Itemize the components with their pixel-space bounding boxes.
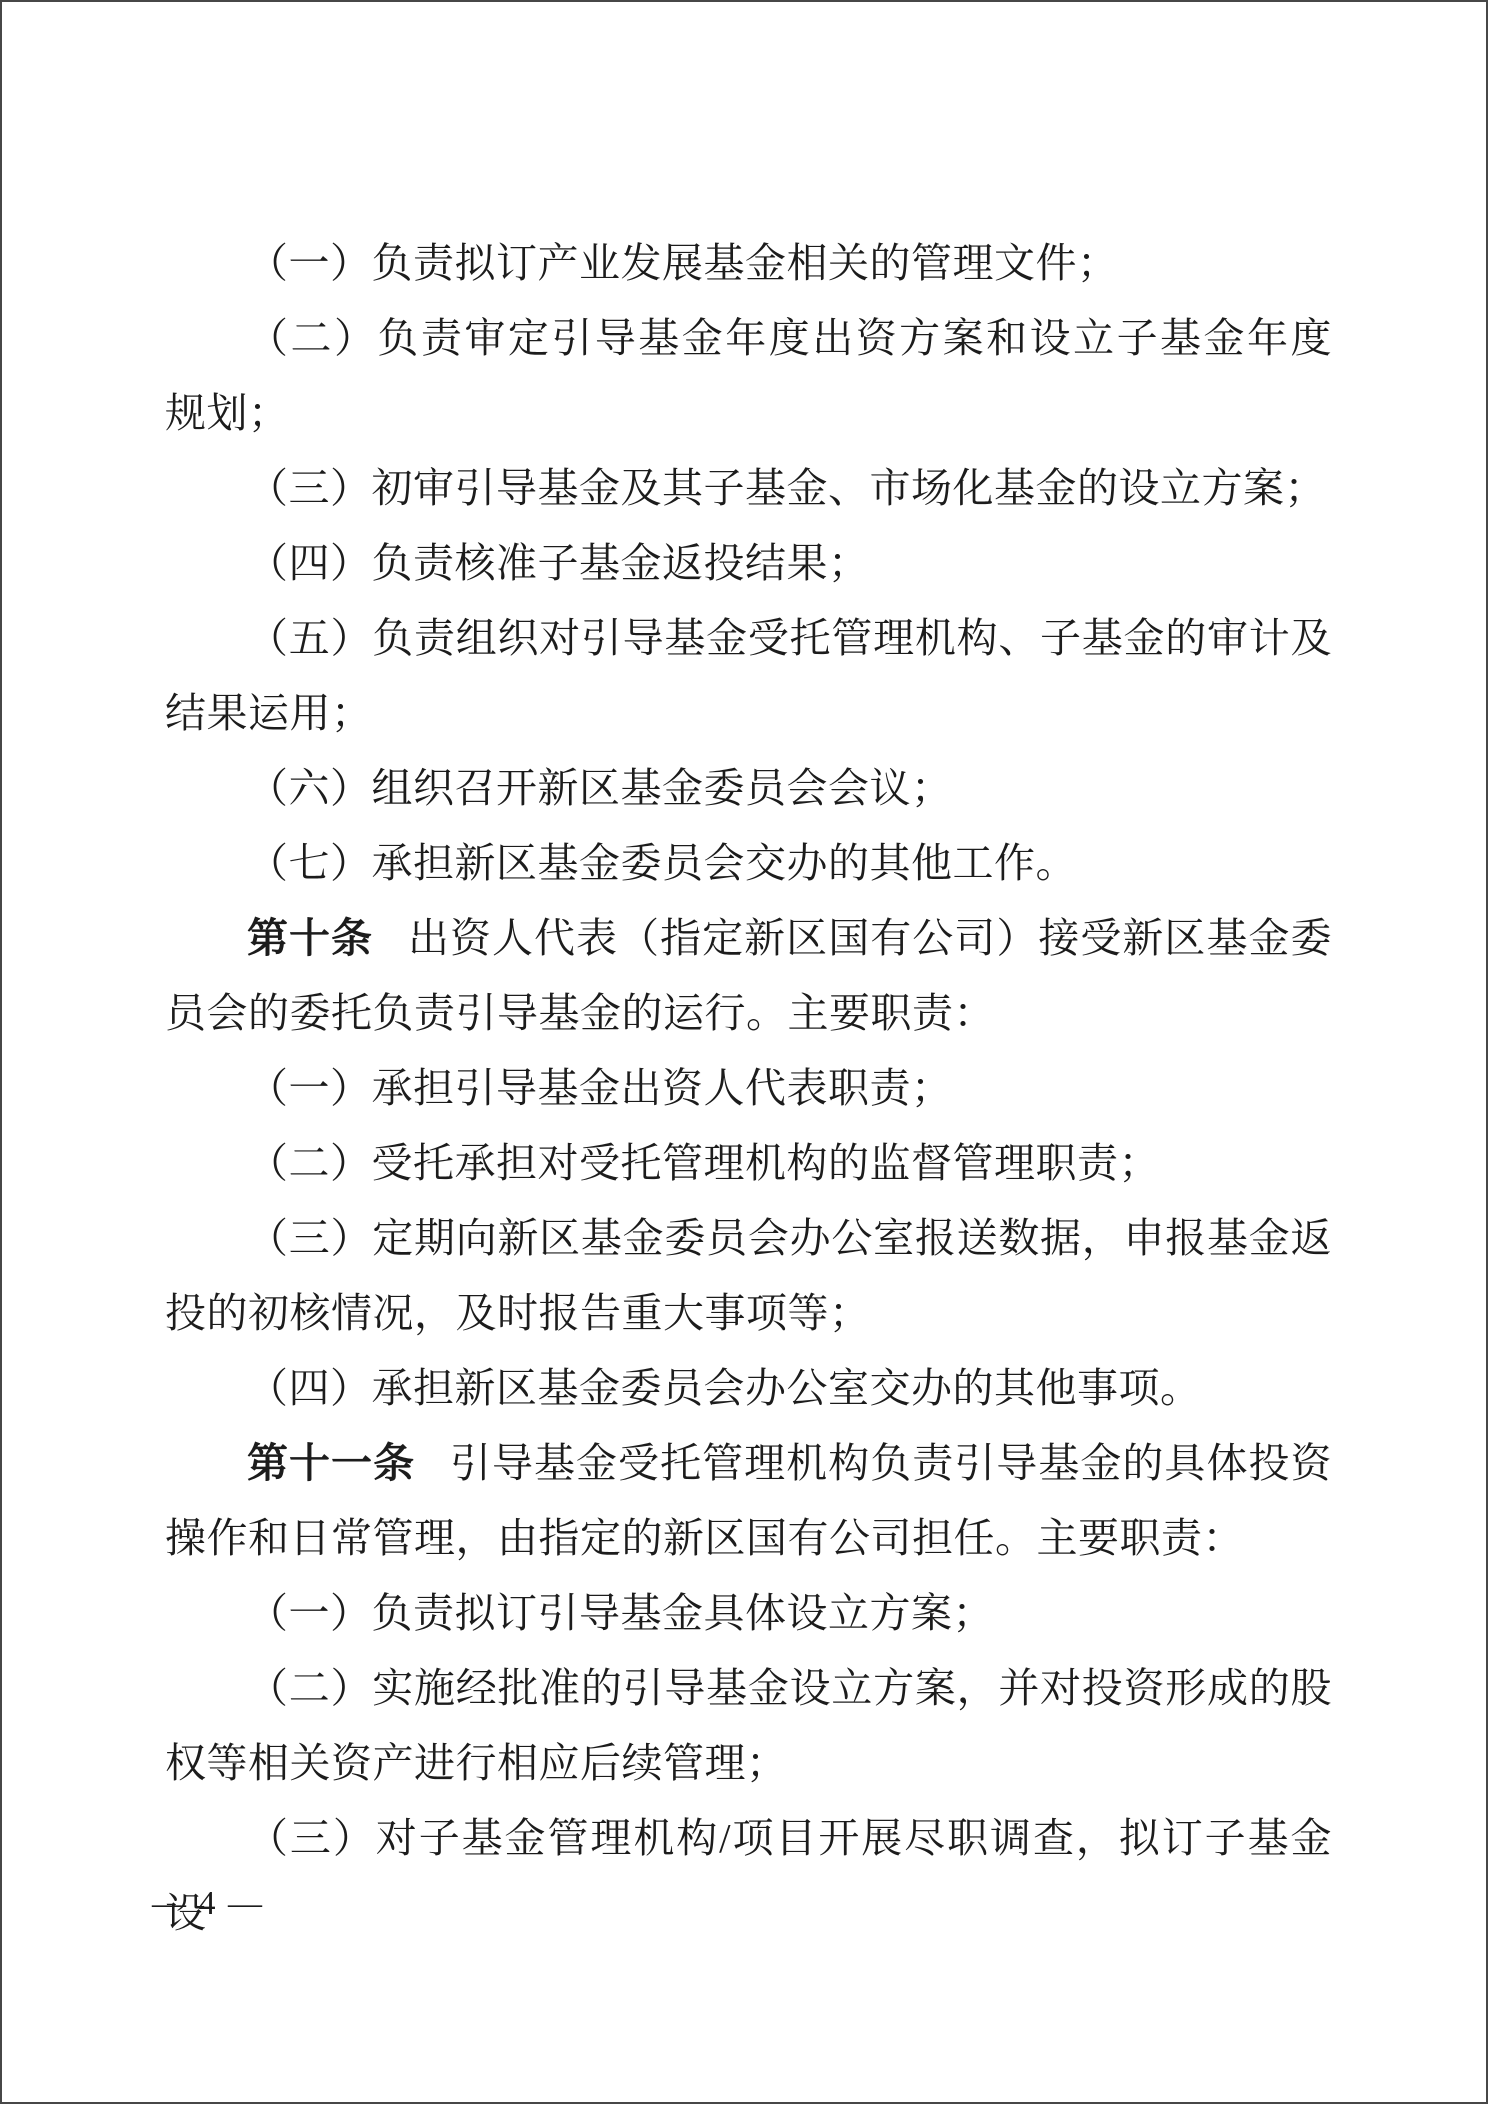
document-line: （二）实施经批准的引导基金设立方案，并对投资形成的股 xyxy=(165,1651,1332,1726)
paragraph: （三）定期向新区基金委员会办公室报送数据，申报基金返 投的初核情况，及时报告重大… xyxy=(165,1201,1332,1351)
paragraph: （二）实施经批准的引导基金设立方案，并对投资形成的股 权等相关资产进行相应后续管… xyxy=(165,1651,1332,1801)
document-line: （一）负责拟订产业发展基金相关的管理文件； xyxy=(165,226,1332,301)
document-line: （二）负责审定引导基金年度出资方案和设立子基金年度 xyxy=(165,301,1332,376)
paragraph: （四）承担新区基金委员会办公室交办的其他事项。 xyxy=(165,1351,1332,1426)
document-line: （五）负责组织对引导基金受托管理机构、子基金的审计及 xyxy=(165,601,1332,676)
paragraph: （三）初审引导基金及其子基金、市场化基金的设立方案； xyxy=(165,451,1332,526)
document-line: （三）对子基金管理机构/项目开展尽职调查，拟订子基金设 xyxy=(165,1801,1332,1951)
document-line: 结果运用； xyxy=(165,676,1332,751)
document-line: （三）定期向新区基金委员会办公室报送数据，申报基金返 xyxy=(165,1201,1332,1276)
document-page: （一）负责拟订产业发展基金相关的管理文件； （二）负责审定引导基金年度出资方案和… xyxy=(0,0,1488,2104)
paragraph: （一）承担引导基金出资人代表职责； xyxy=(165,1051,1332,1126)
paragraph: （七）承担新区基金委员会交办的其他工作。 xyxy=(165,826,1332,901)
paragraph: （一）负责拟订引导基金具体设立方案； xyxy=(165,1576,1332,1651)
paragraph: （二）受托承担对受托管理机构的监督管理职责； xyxy=(165,1126,1332,1201)
paragraph: （五）负责组织对引导基金受托管理机构、子基金的审计及 结果运用； xyxy=(165,601,1332,751)
document-line: （六）组织召开新区基金委员会会议； xyxy=(165,751,1332,826)
paragraph: （一）负责拟订产业发展基金相关的管理文件； xyxy=(165,226,1332,301)
document-body: （一）负责拟订产业发展基金相关的管理文件； （二）负责审定引导基金年度出资方案和… xyxy=(165,226,1332,1951)
document-line: （四）负责核准子基金返投结果； xyxy=(165,526,1332,601)
article-number: 第十一条 xyxy=(247,1440,415,1486)
document-line: 权等相关资产进行相应后续管理； xyxy=(165,1726,1332,1801)
document-line: （二）受托承担对受托管理机构的监督管理职责； xyxy=(165,1126,1332,1201)
document-line: （四）承担新区基金委员会办公室交办的其他事项。 xyxy=(165,1351,1332,1426)
paragraph: （四）负责核准子基金返投结果； xyxy=(165,526,1332,601)
document-line: 操作和日常管理，由指定的新区国有公司担任。主要职责： xyxy=(165,1501,1332,1576)
document-line: （七）承担新区基金委员会交办的其他工作。 xyxy=(165,826,1332,901)
article-lead-text: 引导基金受托管理机构负责引导基金的具体投资 xyxy=(450,1440,1332,1486)
document-line: （一）负责拟订引导基金具体设立方案； xyxy=(165,1576,1332,1651)
page-number: — 4 — xyxy=(152,1884,264,1924)
document-line: 规划； xyxy=(165,376,1332,451)
paragraph: （三）对子基金管理机构/项目开展尽职调查，拟订子基金设 xyxy=(165,1801,1332,1951)
document-line: （三）初审引导基金及其子基金、市场化基金的设立方案； xyxy=(165,451,1332,526)
paragraph: （六）组织召开新区基金委员会会议； xyxy=(165,751,1332,826)
document-line: 投的初核情况，及时报告重大事项等； xyxy=(165,1276,1332,1351)
paragraph-article-11: 第十一条引导基金受托管理机构负责引导基金的具体投资 操作和日常管理，由指定的新区… xyxy=(165,1426,1332,1576)
document-line: 第十一条引导基金受托管理机构负责引导基金的具体投资 xyxy=(165,1426,1332,1501)
paragraph: （二）负责审定引导基金年度出资方案和设立子基金年度 规划； xyxy=(165,301,1332,451)
paragraph-article-10: 第十条出资人代表（指定新区国有公司）接受新区基金委 员会的委托负责引导基金的运行… xyxy=(165,901,1332,1051)
article-lead-text: 出资人代表（指定新区国有公司）接受新区基金委 xyxy=(408,915,1332,961)
document-line: 员会的委托负责引导基金的运行。主要职责： xyxy=(165,976,1332,1051)
document-line: 第十条出资人代表（指定新区国有公司）接受新区基金委 xyxy=(165,901,1332,976)
article-number: 第十条 xyxy=(247,915,373,961)
document-line: （一）承担引导基金出资人代表职责； xyxy=(165,1051,1332,1126)
